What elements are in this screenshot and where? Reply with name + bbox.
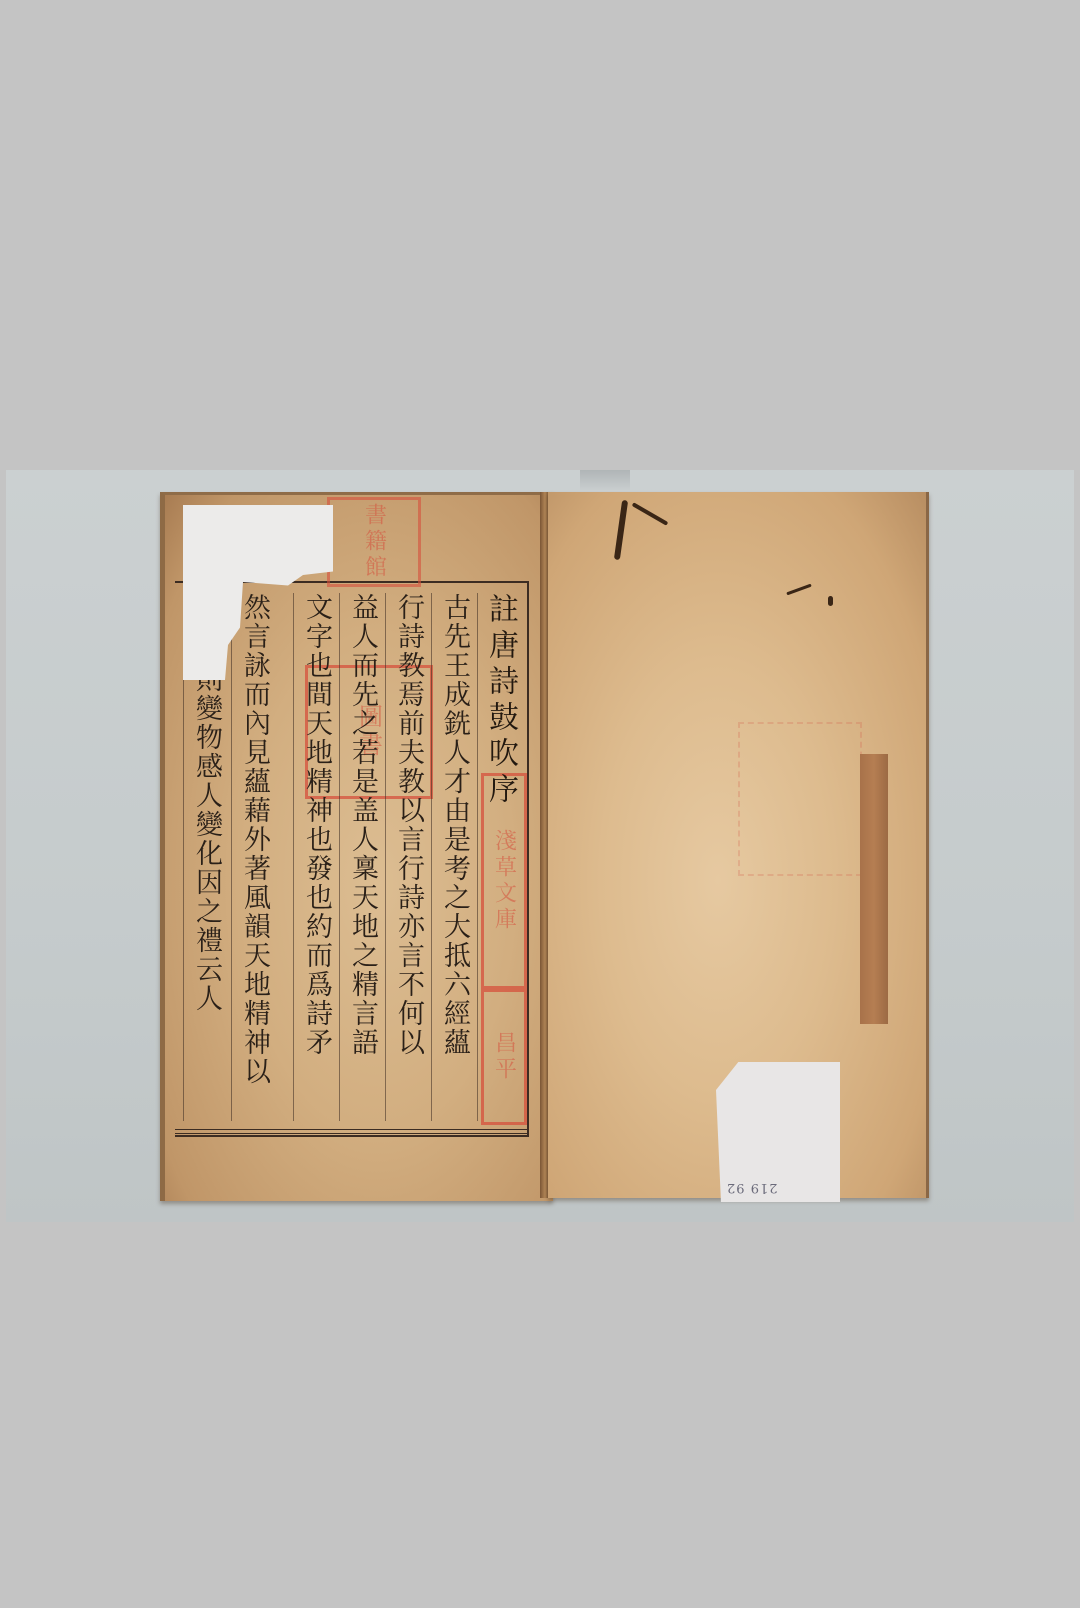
wormhole-damage [828, 596, 833, 606]
seal-stamp-top: 書籍館 [327, 497, 421, 587]
faded-seal-impression [738, 722, 862, 876]
left-page: 書籍館 圖書 淺草文庫 昌平 註唐詩鼓吹序 古先王成銑人才由是考之大抵六經蘊 行… [160, 492, 553, 1201]
shadow [580, 470, 630, 490]
title-column: 註唐詩鼓吹序 [477, 593, 522, 1121]
cover-edge-patch [860, 754, 888, 1024]
text-column: 益人而先之若是盖人稟天地之精言語 [339, 593, 384, 1121]
wormhole-damage [632, 502, 669, 525]
open-book: 書籍館 圖書 淺草文庫 昌平 註唐詩鼓吹序 古先王成銑人才由是考之大抵六經蘊 行… [160, 492, 930, 1202]
text-column: 古先王成銑人才由是考之大抵六經蘊 [431, 593, 476, 1121]
text-column: 則變物感人變化因之禮云人 [183, 665, 228, 1121]
text-column: 然言詠而內見蘊藉外著風韻天地精神以 [231, 593, 276, 1121]
frame-bottom-rule [175, 1129, 527, 1134]
wormhole-damage [614, 500, 628, 560]
text-column: 文字也間天地精神也發也約而爲詩矛 [293, 593, 338, 1121]
catalog-label-text: 219 92 [726, 1180, 778, 1195]
wormhole-damage [786, 584, 811, 596]
text-column: 行詩教焉前夫教以言行詩亦言不何以 [385, 593, 430, 1121]
